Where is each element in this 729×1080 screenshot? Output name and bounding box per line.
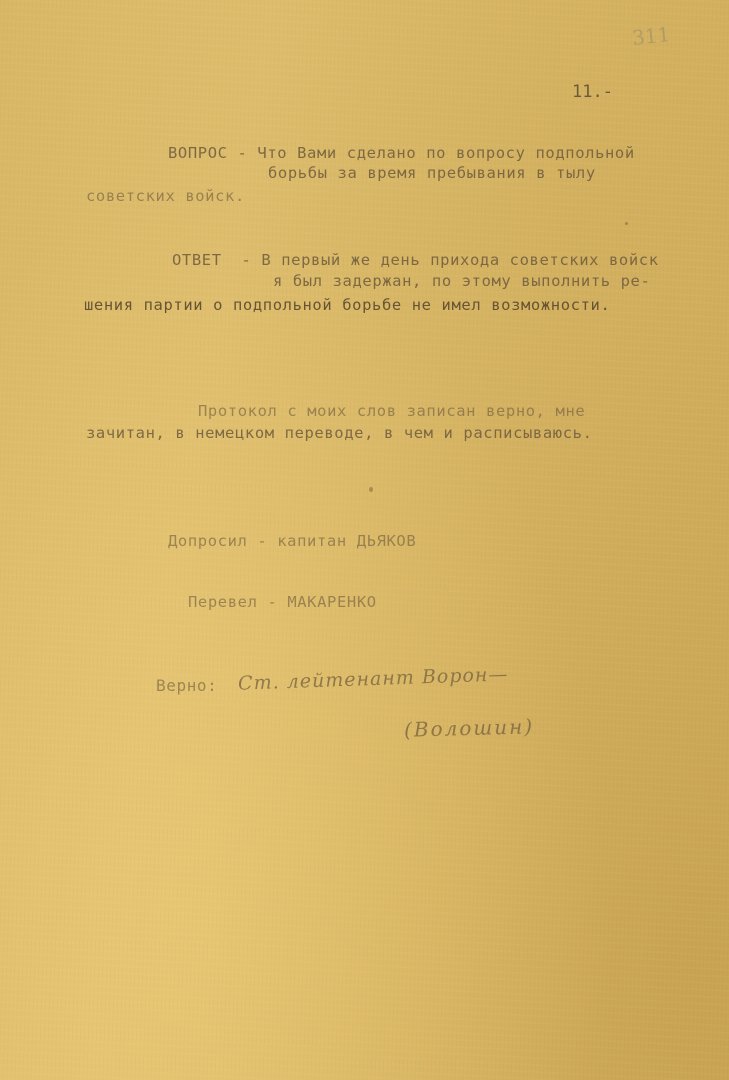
question-line-1: ВОПРОС - Что Вами сделано по вопросу под… [168, 144, 635, 162]
page-number: 11.- [572, 82, 613, 102]
answer-line-1: ОТВЕТ - В первый же день прихода советск… [172, 251, 659, 269]
archive-stamp-number: 311 [631, 22, 671, 50]
answer-line-3: шения партии о подпольной борьбе не имел… [84, 296, 610, 314]
translated-by: Перевел - МАКАРЕНКО [188, 593, 377, 611]
question-line-3: советских войск. [86, 187, 245, 205]
protocol-line-2: зачитан, в немецком переводе, в чем и ра… [86, 424, 593, 442]
paper-speck [369, 487, 373, 492]
question-line-2: борьбы за время пребывания в тылу [268, 164, 596, 182]
signature-line-1: Ст. лейтенант Ворон— [238, 663, 509, 694]
paper-speck [625, 222, 628, 225]
signature-line-2: (Волошин) [404, 714, 535, 741]
protocol-line-1: Протокол с моих слов записан верно, мне [198, 402, 585, 420]
certified-label: Верно: [156, 676, 217, 695]
interrogated-by: Допросил - капитан ДЬЯКОВ [168, 532, 416, 550]
answer-line-2: я был задержан, по этому выполнить ре- [273, 272, 650, 290]
